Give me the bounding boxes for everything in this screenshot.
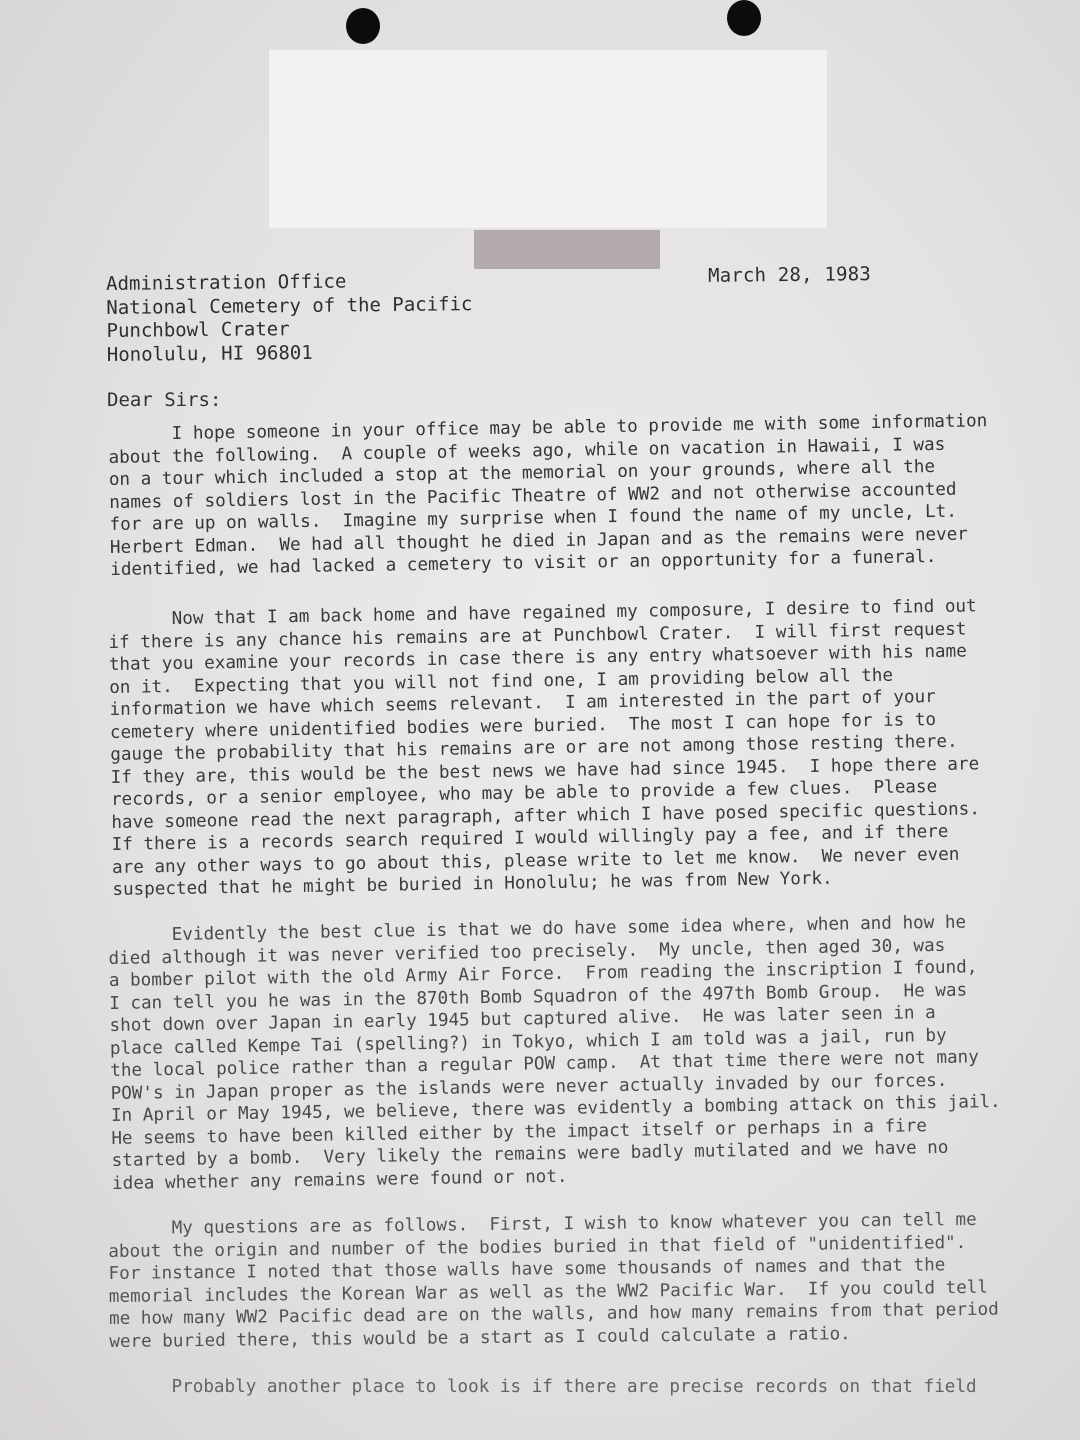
redacted-reference bbox=[474, 230, 660, 269]
paragraph-2: Now that I am back home and have regaine… bbox=[108, 595, 981, 901]
paragraph-5: Probably another place to look is if the… bbox=[108, 1376, 977, 1399]
paragraph-line: Probably another place to look is if the… bbox=[108, 1376, 977, 1399]
letter-date: March 28, 1983 bbox=[708, 263, 871, 287]
address-line: National Cemetery of the Pacific bbox=[106, 293, 472, 320]
punch-hole-right bbox=[727, 0, 761, 36]
recipient-address: Administration Office National Cemetery … bbox=[106, 269, 473, 367]
salutation: Dear Sirs: bbox=[107, 389, 221, 411]
paragraph-4: My questions are as follows. First, I wi… bbox=[108, 1209, 999, 1353]
paragraph-1: I hope someone in your office may be abl… bbox=[108, 410, 990, 581]
punch-hole-left bbox=[346, 8, 380, 44]
redacted-letterhead bbox=[269, 50, 827, 228]
paragraph-3: Evidently the best clue is that we do ha… bbox=[108, 911, 1002, 1195]
address-line: Honolulu, HI 96801 bbox=[107, 340, 473, 367]
letter-page: March 28, 1983 Administration Office Nat… bbox=[0, 0, 1080, 1440]
